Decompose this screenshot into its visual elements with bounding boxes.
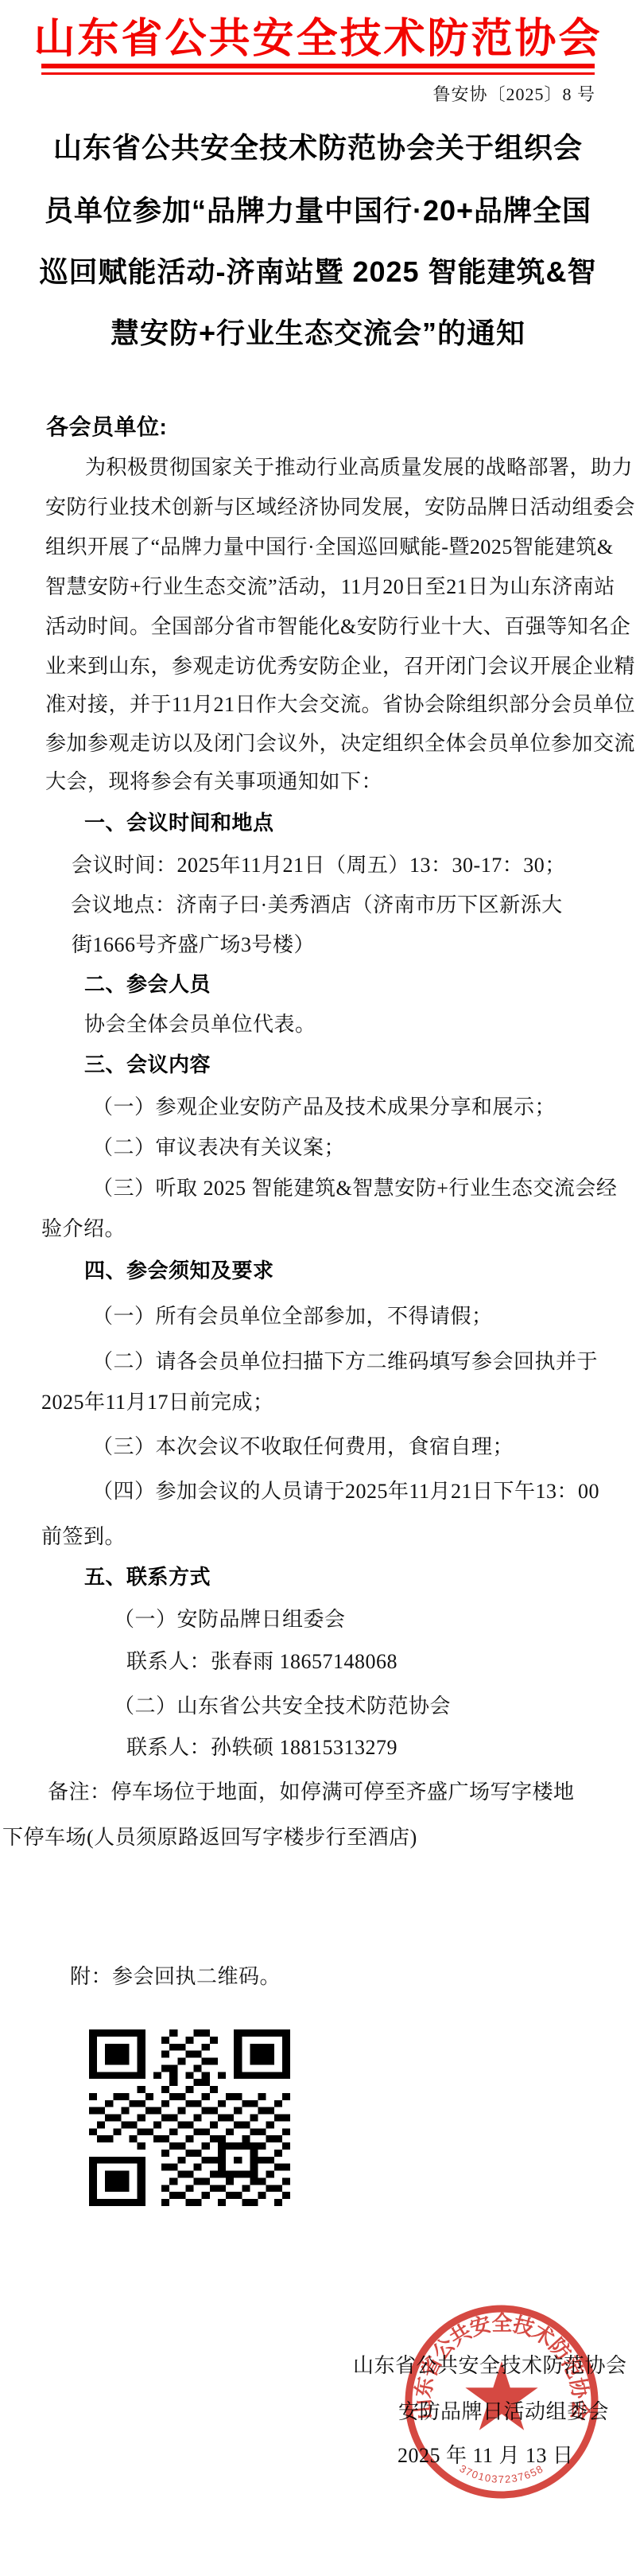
agenda-item-2: （二）审议表决有关议案；: [92, 1136, 345, 1160]
notice-title-line-2: 员单位参加“品牌力量中国行·20+品牌全国: [45, 189, 591, 229]
meeting-place-line-2: 街1666号齐盛广场3号楼）: [72, 933, 315, 957]
contact-person-1: 联系人：张春雨 18657148068: [126, 1650, 397, 1674]
requirement-4: （四）参加会议的人员请于2025年11月21日下午13：00: [92, 1480, 599, 1504]
seal-serial-number: 3701037237658: [457, 2462, 545, 2485]
section-heading-4: 四、参会须知及要求: [84, 1259, 274, 1283]
section-heading-5: 五、联系方式: [84, 1566, 211, 1590]
section-heading-3: 三、会议内容: [84, 1053, 211, 1077]
attendees-line: 协会全体会员单位代表。: [84, 1013, 316, 1037]
paragraph-line: 准对接，并于11月21日作大会交流。省协会除组织部分会员单位: [45, 693, 635, 717]
letterhead-rule-thin: [41, 72, 595, 75]
paragraph-line: 智慧安防+行业生态交流”活动，11月20日至21日为山东济南站: [45, 575, 615, 599]
section-heading-2: 二、参会人员: [84, 973, 211, 997]
letterhead-rule-thick: [41, 64, 595, 68]
meeting-time-line: 会议时间：2025年11月21日（周五）13：30-17：30；: [72, 854, 566, 877]
agenda-item-1: （一）参观企业安防产品及技术成果分享和展示；: [92, 1095, 556, 1119]
paragraph-line: 业来到山东，参观走访优秀安防企业，召开闭门会议开展企业精: [45, 655, 635, 679]
notice-title-line-4: 慧安防+行业生态交流会”的通知: [111, 311, 525, 352]
official-red-seal: 山东省公共安全技术防范协会 3701037237658: [401, 2302, 602, 2502]
section-heading-1: 一、会议时间和地点: [84, 811, 274, 835]
requirement-3: （三）本次会议不收取任何费用，食宿自理；: [92, 1435, 514, 1459]
document-number: 鲁安协〔2025〕8 号: [432, 81, 595, 106]
paragraph-line: 为积极贯彻国家关于推动行业高质量发展的战略部署，助力: [85, 456, 633, 480]
attachment-label: 附：参会回执二维码。: [70, 1965, 281, 1989]
requirement-2: （二）请各会员单位扫描下方二维码填写参会回执并于: [92, 1350, 598, 1374]
registration-qr-code: [89, 2029, 290, 2206]
paragraph-line: 组织开展了“品牌力量中国行·全国巡回赋能-暨2025智能建筑&: [45, 535, 614, 559]
requirement-2-cont: 2025年11月17日前完成；: [41, 1391, 274, 1414]
contact-org-1: （一）安防品牌日组委会: [114, 1608, 346, 1632]
notice-title-line-3: 巡回赋能活动-济南站暨 2025 智能建筑&智: [39, 250, 596, 290]
paragraph-line: 参加参观走访以及闭门会议外，决定组织全体会员单位参加交流: [45, 732, 635, 756]
agenda-item-3-cont: 验介绍。: [41, 1217, 126, 1241]
requirement-1: （一）所有会员单位全部参加，不得请假；: [92, 1305, 493, 1329]
parking-note-line-1: 备注：停车场位于地面，如停满可停至齐盛广场写字楼地: [48, 1780, 575, 1804]
paragraph-line: 活动时间。全国部分省市智能化&安防行业十大、百强等知名企: [45, 615, 630, 639]
contact-person-2: 联系人：孙轶硕 18815313279: [126, 1736, 397, 1760]
salutation: 各会员单位:: [46, 414, 167, 440]
notice-title-line-1: 山东省公共安全技术防范协会关于组织会: [53, 126, 583, 166]
parking-note-line-2: 下停车场(人员须原路返回写字楼步行至酒店): [2, 1826, 417, 1850]
contact-org-2: （二）山东省公共安全技术防范协会: [114, 1695, 451, 1718]
notice-document-page: 山东省公共安全技术防范协会 鲁安协〔2025〕8 号 山东省公共安全技术防范协会…: [0, 0, 636, 2576]
letterhead-org-title: 山东省公共安全技术防范协会: [0, 5, 636, 64]
paragraph-line: 安防行业技术创新与区域经济协同发展，安防品牌日活动组委会: [45, 496, 635, 519]
agenda-item-3: （三）听取 2025 智能建筑&智慧安防+行业生态交流会经: [92, 1177, 617, 1200]
meeting-place-line: 会议地点：济南子曰·美秀酒店（济南市历下区新泺大: [71, 893, 563, 917]
paragraph-line: 大会，现将参会有关事项通知如下：: [45, 770, 382, 794]
requirement-4-cont: 前签到。: [41, 1525, 126, 1549]
seal-star: [465, 2361, 537, 2430]
